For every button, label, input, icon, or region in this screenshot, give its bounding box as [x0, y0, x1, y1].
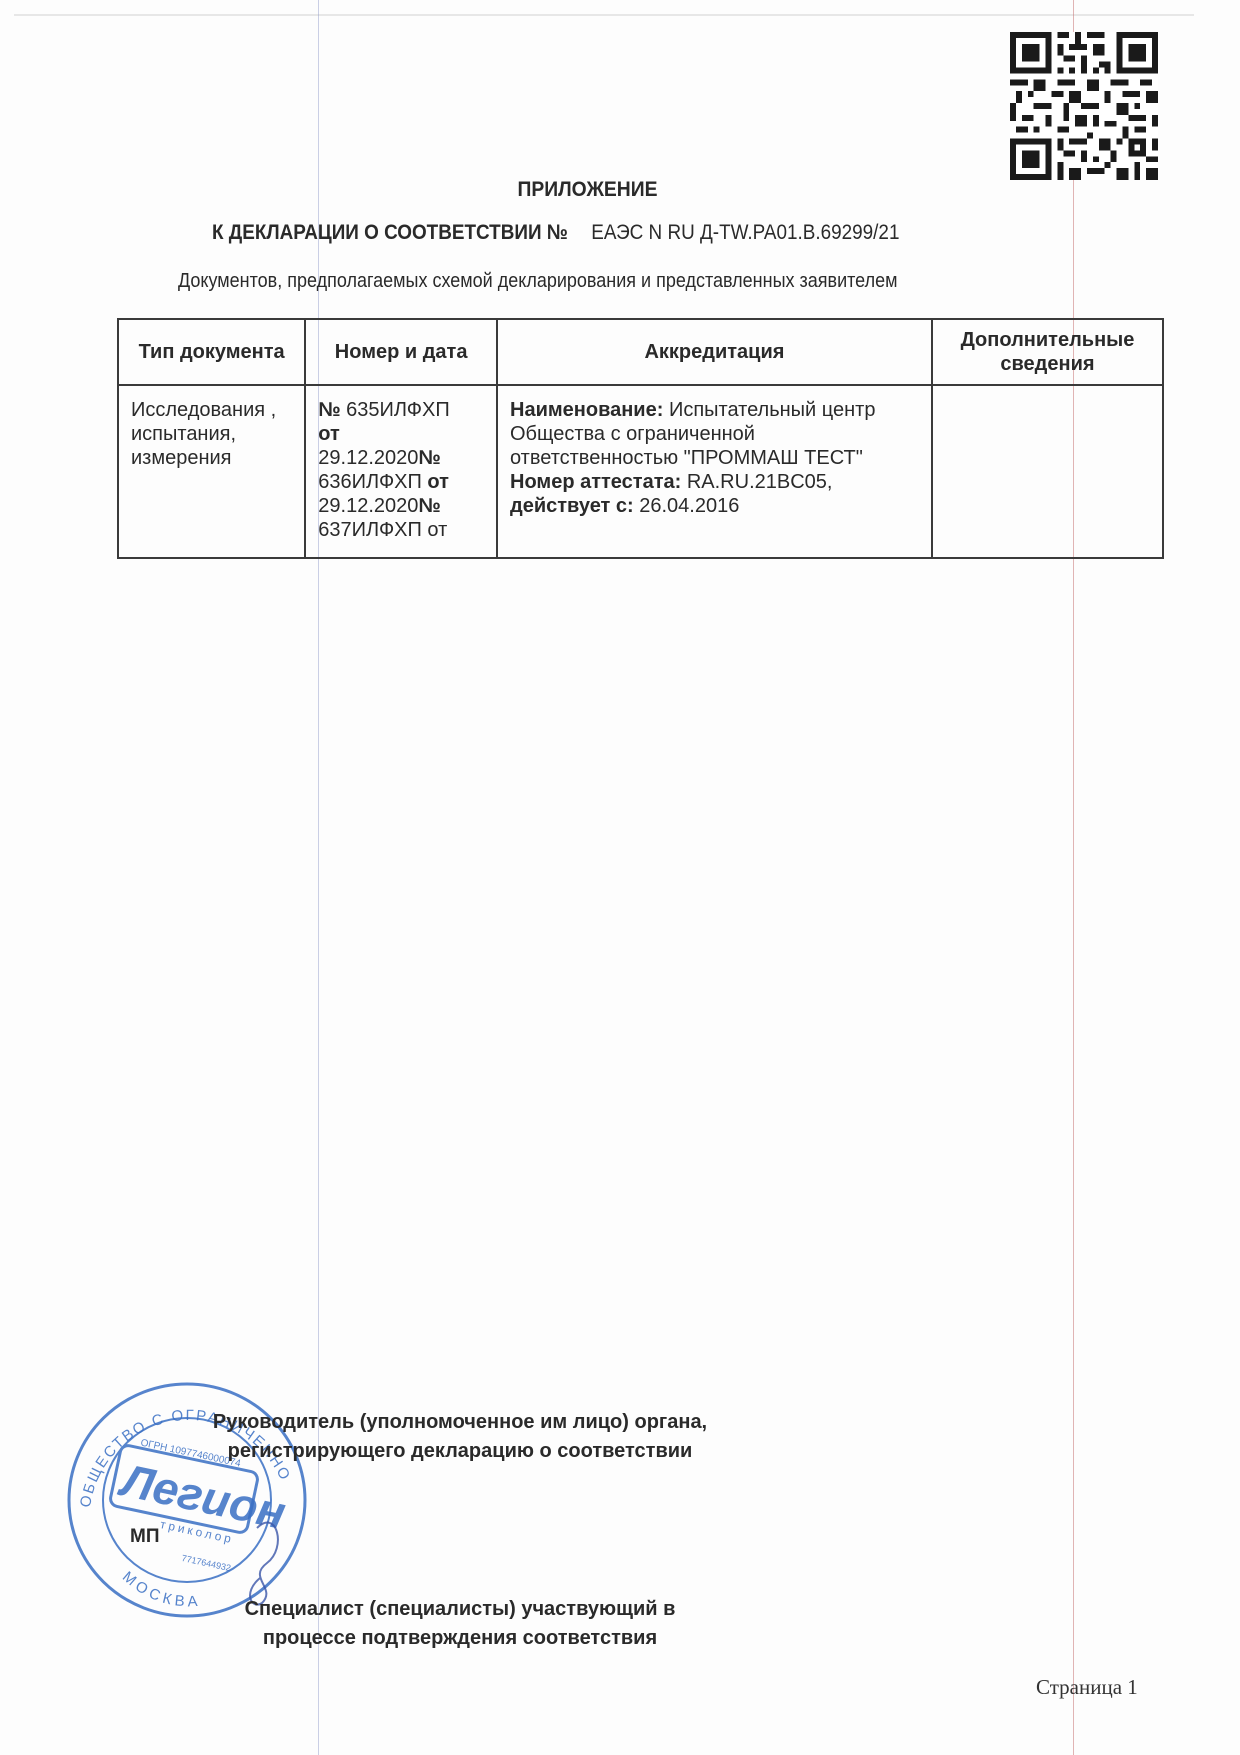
column-header-doc-type: Тип документа	[118, 319, 305, 385]
number-sign: №	[418, 495, 440, 517]
column-header-number-date: Номер и дата	[305, 319, 497, 385]
from-label: от	[427, 471, 449, 493]
table-header-row: Тип документа Номер и дата Аккредитация …	[118, 319, 1163, 385]
specialist-signature-label: Специалист (специалисты) участвующий в п…	[200, 1595, 720, 1653]
declaration-label: К ДЕКЛАРАЦИИ О СООТВЕТСТВИИ №	[212, 221, 568, 244]
valid-from-label: действует с:	[510, 495, 634, 517]
protocol-number-truncated: 637ИЛФХП от	[318, 519, 447, 541]
table-row: Исследования , испытания, измерения № 63…	[118, 385, 1163, 558]
svg-text:МОСКВА: МОСКВА	[119, 1568, 202, 1610]
page-number: Страница 1	[1036, 1675, 1138, 1700]
column-header-accreditation: Аккредитация	[497, 319, 932, 385]
svg-text:7717644932: 7717644932	[181, 1553, 232, 1573]
cell-number-date: № 635ИЛФХП от 29.12.2020№ 636ИЛФХП от 29…	[305, 385, 497, 558]
scan-artifact-line	[1073, 0, 1074, 1755]
certificate-number: RA.RU.21BC05,	[681, 471, 832, 493]
name-label: Наименование:	[510, 399, 663, 421]
scan-artifact-line	[318, 0, 319, 1755]
cell-additional-info	[932, 385, 1163, 558]
number-sign: №	[318, 399, 340, 421]
registering-body-signature-label: Руководитель (уполномоченное им лицо) ор…	[200, 1408, 720, 1466]
cell-doc-type: Исследования , испытания, измерения	[118, 385, 305, 558]
declaration-number: ЕАЭС N RU Д-TW.PA01.B.69299/21	[591, 221, 899, 244]
qr-code-icon	[1010, 32, 1158, 180]
document-title: ПРИЛОЖЕНИЕ	[47, 178, 1128, 202]
protocol-date: 29.12.2020	[318, 495, 418, 517]
valid-from-date: 26.04.2016	[634, 495, 740, 517]
protocol-number: 636ИЛФХП	[318, 471, 427, 493]
documents-table: Тип документа Номер и дата Аккредитация …	[117, 318, 1164, 559]
stamp-place-label: МП	[130, 1526, 159, 1548]
protocol-date: 29.12.2020	[318, 447, 418, 469]
scan-edge-line	[14, 14, 1194, 16]
certificate-label: Номер аттестата:	[510, 471, 681, 493]
from-label: от	[318, 423, 340, 445]
number-sign: №	[418, 447, 440, 469]
protocol-number: 635ИЛФХП	[341, 399, 450, 421]
declaration-reference: К ДЕКЛАРАЦИИ О СООТВЕТСТВИИ №ЕАЭС N RU Д…	[212, 221, 899, 245]
column-header-additional-info: Дополнительные сведения	[932, 319, 1163, 385]
cell-accreditation: Наименование: Испытательный центр Общест…	[497, 385, 932, 558]
document-subtitle: Документов, предполагаемых схемой деклар…	[178, 270, 897, 293]
